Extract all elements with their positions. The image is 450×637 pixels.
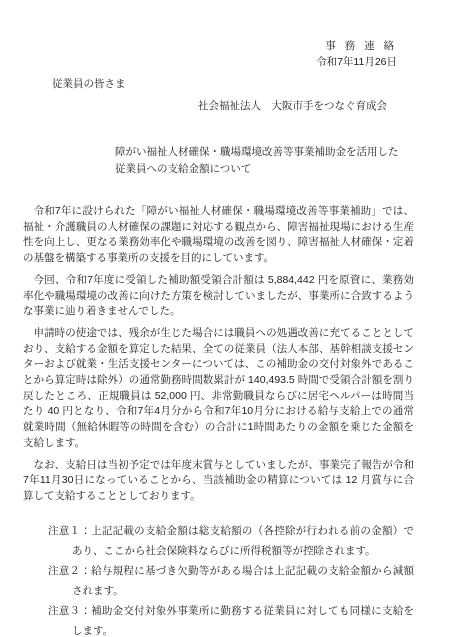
note-2-text: 給与規程に基づき欠勤等がある場合は上記記載の支給金額から減額されます。 <box>72 565 414 597</box>
note-3-text: 補助金交付対象外事業所に勤務する従業員に対しても同様に支給をします。 <box>72 605 414 637</box>
body-paragraph-3: 申請時の使途では、残余が生じた場合には職員への処遇改善に充てることとしており、支… <box>23 326 414 452</box>
doc-type-label: 事 務 連 絡 <box>23 38 397 54</box>
title-line-1: 障がい福祉人材確保・職場環境改善等事業補助金を活用した <box>115 144 414 161</box>
document-page: 事 務 連 絡 令和7年11月26日 従業員の皆さま 社会福祉法人 大阪市手をつ… <box>0 0 450 637</box>
title-line-2: 従業員への支給金額について <box>115 161 414 178</box>
recipient-line: 従業員の皆さま <box>52 76 414 92</box>
document-body: 令和7年に設けられた「障がい福祉人材確保・職場環境改善等事業補助」では、福祉・介… <box>23 204 414 505</box>
body-paragraph-2: 今回、令和7年度に受領した補助額受領合計額は 5,884,442 円を原資に、業… <box>23 273 414 320</box>
document-header: 事 務 連 絡 令和7年11月26日 <box>23 38 414 70</box>
note-1-text: 上記記載の支給金額は総支給額の（各控除が行われる前の金額）であり、ここから社会保… <box>72 525 414 557</box>
note-item-1: 注意１：上記記載の支給金額は総支給額の（各控除が行われる前の金額）であり、ここか… <box>48 521 414 561</box>
note-item-3: 注意３：補助金交付対象外事業所に勤務する従業員に対しても同様に支給をします。 <box>48 601 414 637</box>
note-item-2: 注意２：給与規程に基づき欠勤等がある場合は上記記載の支給金額から減額されます。 <box>48 561 414 601</box>
sender-line: 社会福祉法人 大阪市手をつなぐ育成会 <box>23 98 414 114</box>
note-2-label: 注意２： <box>48 565 91 577</box>
body-paragraph-4: なお、支給日は当初予定では年度末賞与としていましたが、事業完了報告が令和7年11… <box>23 458 414 505</box>
notes-section: 注意１：上記記載の支給金額は総支給額の（各控除が行われる前の金額）であり、ここか… <box>48 521 414 637</box>
body-paragraph-1: 令和7年に設けられた「障がい福祉人材確保・職場環境改善等事業補助」では、福祉・介… <box>23 204 414 267</box>
note-3-label: 注意３： <box>48 605 91 617</box>
document-title: 障がい福祉人材確保・職場環境改善等事業補助金を活用した 従業員への支給金額につい… <box>115 144 414 178</box>
note-1-label: 注意１： <box>48 525 91 537</box>
doc-date: 令和7年11月26日 <box>23 54 397 70</box>
